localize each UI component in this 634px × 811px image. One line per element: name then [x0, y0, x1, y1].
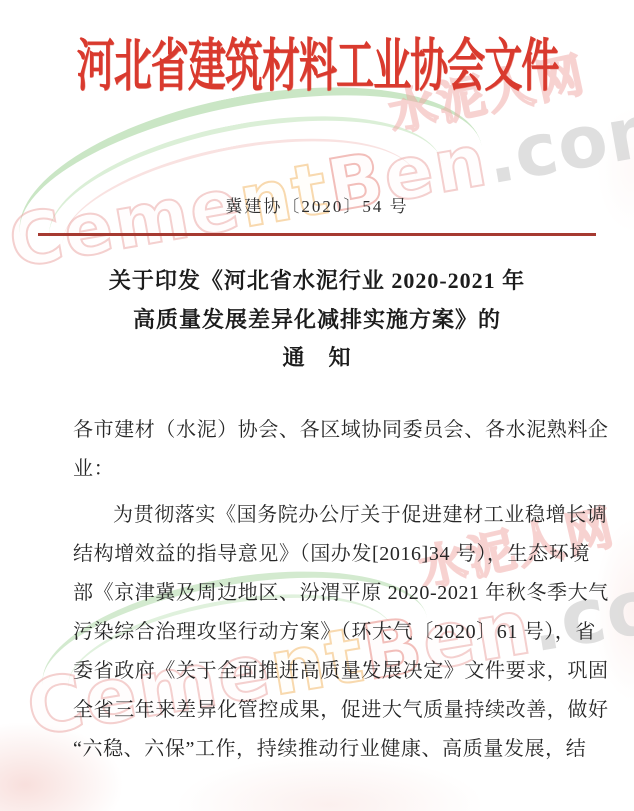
document-content: 河北省建筑材料工业协会文件 冀建协〔2020〕54 号 关于印发《河北省水泥行业… — [0, 0, 634, 811]
doc-number: 冀建协〔2020〕54 号 — [0, 192, 634, 217]
body-line: 各市建材（水泥）协会、各区域协同委员会、各水泥熟料企 — [73, 411, 573, 450]
notice-title: 关于印发《河北省水泥行业 2020-2021 年 高质量发展差异化减排实施方案》… — [0, 262, 634, 378]
org-title-text: 河北省建筑材料工业协会文件 — [76, 21, 558, 102]
body-line: 为贯彻落实《国务院办公厅关于促进建材工业稳增长调 — [73, 496, 573, 535]
body-line: 结构增效益的指导意见》（国办发[2016]34 号），生态环境 — [73, 535, 573, 574]
notice-title-line: 高质量发展差异化减排实施方案》的 — [0, 301, 634, 340]
body-line: 委省政府《关于全面推进高质量发展决定》文件要求，巩固 — [73, 652, 573, 691]
body-line: 污染综合治理攻坚行动方案》（环大气〔2020〕61 号），省 — [73, 613, 573, 652]
document-page: 水泥人网 CementBen.com 水泥人网 CementBen.com 河北… — [0, 0, 634, 811]
body-line: 业： — [73, 450, 573, 489]
notice-title-line: 关于印发《河北省水泥行业 2020-2021 年 — [0, 262, 634, 301]
org-title: 河北省建筑材料工业协会文件 — [0, 26, 634, 96]
notice-title-line: 通 知 — [0, 339, 634, 378]
red-rule-divider — [38, 233, 596, 236]
body-text: 各市建材（水泥）协会、各区域协同委员会、各水泥熟料企 业： 为贯彻落实《国务院办… — [73, 411, 573, 769]
body-line: 部《京津冀及周边地区、汾渭平原 2020-2021 年秋冬季大气 — [73, 574, 573, 613]
body-line: 全省三年来差异化管控成果，促进大气质量持续改善，做好 — [73, 691, 573, 730]
body-line: “六稳、六保”工作，持续推动行业健康、高质量发展，结 — [73, 730, 573, 769]
